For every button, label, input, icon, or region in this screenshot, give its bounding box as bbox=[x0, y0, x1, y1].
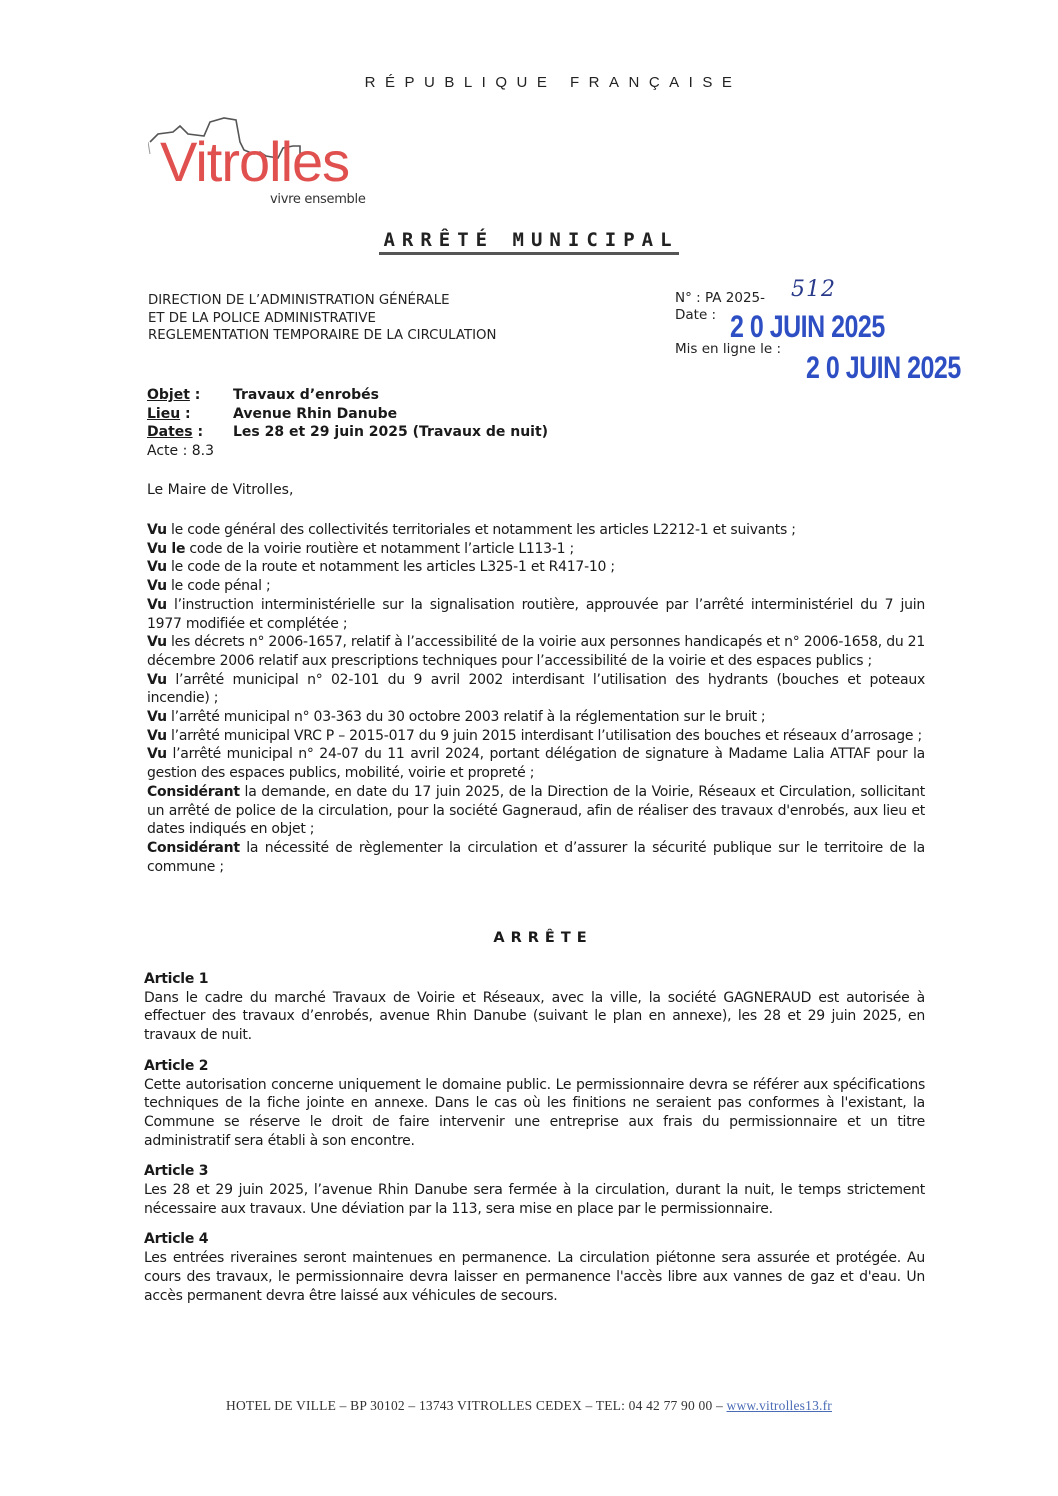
footer-address: HOTEL DE VILLE – BP 30102 – 13743 VITROL… bbox=[226, 1398, 727, 1413]
acte-number: Acte : 8.3 bbox=[147, 442, 548, 461]
visa-item: Vu le code de la voirie routière et nota… bbox=[147, 540, 925, 559]
considerant-item: Considérant la nécessité de règlementer … bbox=[147, 839, 925, 876]
article-1: Article 1 Dans le cadre du marché Travau… bbox=[144, 970, 925, 1045]
article-title: Article 1 bbox=[144, 970, 925, 989]
vitrolles-logo: Vitrolles vivre ensemble bbox=[148, 112, 398, 217]
article-text: Dans le cadre du marché Travaux de Voiri… bbox=[144, 989, 925, 1045]
date-stamp: 2 0 JUIN 2025 bbox=[730, 317, 885, 338]
direction-line: ET DE LA POLICE ADMINISTRATIVE bbox=[148, 310, 496, 328]
website-link[interactable]: www.vitrolles13.fr bbox=[727, 1398, 832, 1413]
online-date-stamp: 2 0 JUIN 2025 bbox=[806, 358, 961, 379]
document-title: ARRÊTÉ MUNICIPAL bbox=[0, 229, 1058, 251]
reference-block: N° : PA 2025- 512 Date : Mis en ligne le… bbox=[675, 290, 995, 358]
document-title-text: ARRÊTÉ MUNICIPAL bbox=[379, 229, 678, 255]
visa-item: Vu le code pénal ; bbox=[147, 577, 925, 596]
article-text: Cette autorisation concerne uniquement l… bbox=[144, 1076, 925, 1151]
direction-line: REGLEMENTATION TEMPORAIRE DE LA CIRCULAT… bbox=[148, 327, 496, 345]
article-text: Les entrées riveraines seront maintenues… bbox=[144, 1249, 925, 1305]
lieu-value: Avenue Rhin Danube bbox=[233, 406, 397, 422]
article-title: Article 4 bbox=[144, 1230, 925, 1249]
visa-item: Vu le code de la route et notamment les … bbox=[147, 558, 925, 577]
article-title: Article 2 bbox=[144, 1057, 925, 1076]
logo-wordmark: Vitrolles bbox=[160, 134, 349, 190]
objet-label: Objet bbox=[147, 387, 190, 403]
objet-value: Travaux d’enrobés bbox=[233, 387, 379, 403]
numero-label: N° : PA 2025- bbox=[675, 290, 765, 306]
article-title: Article 3 bbox=[144, 1162, 925, 1181]
visa-item: Vu le code général des collectivités ter… bbox=[147, 521, 925, 540]
objet-block: Objet :Travaux d’enrobés Lieu :Avenue Rh… bbox=[147, 386, 548, 460]
article-4: Article 4 Les entrées riveraines seront … bbox=[144, 1230, 925, 1305]
maire-intro: Le Maire de Vitrolles, bbox=[147, 482, 293, 498]
arrete-heading: ARRÊTE bbox=[0, 930, 1058, 946]
dates-label: Dates bbox=[147, 424, 193, 440]
article-text: Les 28 et 29 juin 2025, l’avenue Rhin Da… bbox=[144, 1181, 925, 1218]
articles-list: Article 1 Dans le cadre du marché Travau… bbox=[144, 970, 925, 1317]
logo-tagline: vivre ensemble bbox=[270, 192, 366, 207]
visa-item: Vu l’arrêté municipal n° 24-07 du 11 avr… bbox=[147, 745, 925, 782]
visa-item: Vu l’arrêté municipal n° 03-363 du 30 oc… bbox=[147, 708, 925, 727]
visa-item: Vu l’instruction interministérielle sur … bbox=[147, 596, 925, 633]
lieu-label: Lieu bbox=[147, 406, 180, 422]
footer: HOTEL DE VILLE – BP 30102 – 13743 VITROL… bbox=[0, 1398, 1058, 1414]
direction-line: DIRECTION DE L’ADMINISTRATION GÉNÉRALE bbox=[148, 292, 496, 310]
visas-list: Vu le code général des collectivités ter… bbox=[147, 521, 925, 876]
dates-value: Les 28 et 29 juin 2025 (Travaux de nuit) bbox=[233, 424, 548, 440]
republique-francaise-header: RÉPUBLIQUE FRANÇAISE bbox=[0, 74, 1058, 91]
visa-item: Vu l’arrêté municipal VRC P – 2015-017 d… bbox=[147, 727, 925, 746]
considerant-item: Considérant la demande, en date du 17 ju… bbox=[147, 783, 925, 839]
article-3: Article 3 Les 28 et 29 juin 2025, l’aven… bbox=[144, 1162, 925, 1218]
numero-handwritten: 512 bbox=[791, 281, 836, 298]
article-2: Article 2 Cette autorisation concerne un… bbox=[144, 1057, 925, 1151]
visa-item: Vu l’arrêté municipal n° 02-101 du 9 avr… bbox=[147, 671, 925, 708]
visa-item: Vu les décrets n° 2006-1657, relatif à l… bbox=[147, 633, 925, 670]
direction-block: DIRECTION DE L’ADMINISTRATION GÉNÉRALE E… bbox=[148, 292, 496, 345]
